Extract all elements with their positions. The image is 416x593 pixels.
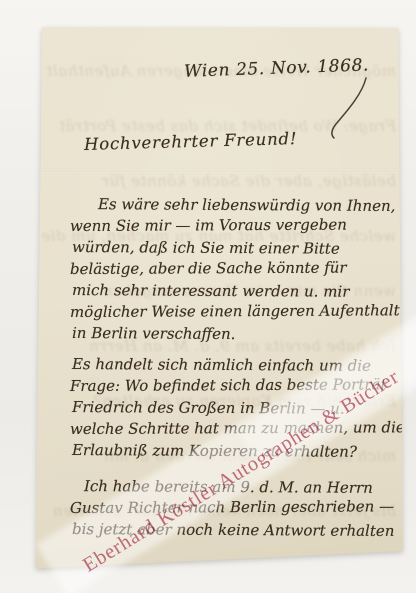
- letter-photograph: möglicher Weise einen längeren Aufenthal…: [0, 0, 416, 593]
- letter-line: belästige, aber die Sache könnte für: [70, 257, 396, 280]
- date-flourish-stroke: [322, 76, 382, 142]
- letter-line: möglicher Weise einen längeren Aufenthal…: [70, 300, 396, 323]
- letter-line: in Berlin verschaffen.: [72, 323, 396, 346]
- letter-line: wenn Sie mir — im Voraus vergeben: [70, 214, 396, 237]
- letter-line: Erlaubniß zum Kopieren zu erhalten?: [72, 440, 396, 463]
- paper-fold-crease: [34, 168, 404, 171]
- letter-paragraph: Es wäre sehr liebenswürdig von Ihnen, we…: [70, 194, 396, 345]
- letter-line: Gustav Richter nach Berlin geschrieben —: [70, 496, 396, 519]
